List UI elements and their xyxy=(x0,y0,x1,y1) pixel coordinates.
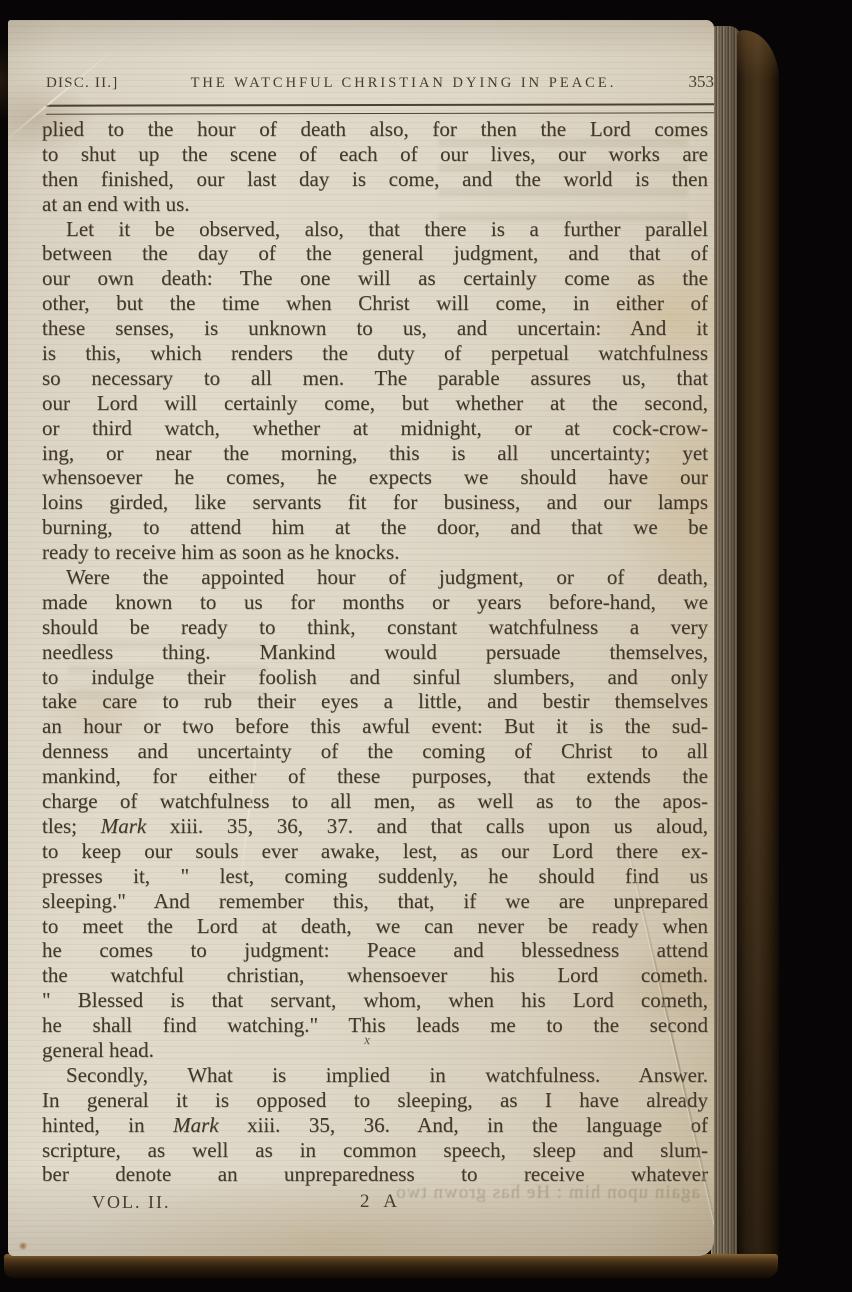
volume-label: VOL. II. xyxy=(92,1192,170,1213)
text-line: hinted, in Mark xiii. 35, 36. And, in th… xyxy=(42,1113,708,1138)
text-line: or third watch, whether at midnight, or … xyxy=(42,416,708,441)
text-line: to indulge their foolish and sinful slum… xyxy=(42,665,708,690)
text-line: Secondly, What is implied in watchfulnes… xyxy=(42,1063,708,1088)
text-line: between the day of the general judgment,… xyxy=(42,241,708,266)
text-line: these senses, is unknown to us, and unce… xyxy=(42,316,708,341)
stain xyxy=(18,1242,28,1250)
showthrough-text: again upon him : He has grown two xyxy=(304,1182,700,1204)
text-line: so necessary to all men. The parable ass… xyxy=(42,366,708,391)
text-line: other, but the time when Christ will com… xyxy=(42,291,708,316)
text-line: to shut up the scene of each of our live… xyxy=(42,142,708,167)
text-line: our Lord will certainly come, but whethe… xyxy=(42,391,708,416)
text-line: take care to rub their eyes a little, an… xyxy=(42,689,708,714)
header-double-rule xyxy=(46,103,714,114)
text-line: whensoever he comes, he expects we shoul… xyxy=(42,465,708,490)
text-line: should be ready to think, constant watch… xyxy=(42,615,708,640)
text-line: general head. xyxy=(42,1038,708,1063)
text-line: ing, or near the morning, this is all un… xyxy=(42,441,708,466)
text-line: " Blessed is that servant, whom, when hi… xyxy=(42,988,708,1013)
text-line: Were the appointed hour of judgment, or … xyxy=(42,565,708,590)
page-number: 353 xyxy=(689,72,715,92)
running-title: THE WATCHFUL CHRISTIAN DYING IN PEACE. xyxy=(118,75,688,92)
text-line: the watchful christian, whensoever his L… xyxy=(42,963,708,988)
leather-cover-edge xyxy=(737,30,779,1268)
text-line: to meet the Lord at death, we can never … xyxy=(42,914,708,939)
text-line: Let it be observed, also, that there is … xyxy=(42,217,708,242)
text-line: mankind, for either of these purposes, t… xyxy=(42,764,708,789)
text-line: he comes to judgment: Peace and blessedn… xyxy=(42,938,708,963)
discourse-label: DISC. II.] xyxy=(46,75,118,92)
scanned-book-photo: DISC. II.] THE WATCHFUL CHRISTIAN DYING … xyxy=(0,0,852,1292)
text-line: sleeping." And remember this, that, if w… xyxy=(42,889,708,914)
text-line: an hour or two before this awful event: … xyxy=(42,714,708,739)
text-line: scripture, as well as in common speech, … xyxy=(42,1138,708,1163)
text-line: made known to us for months or years bef… xyxy=(42,590,708,615)
text-line: presses it, " lest, coming suddenly, he … xyxy=(42,864,708,889)
text-line: plied to the hour of death also, for the… xyxy=(42,117,708,142)
text-line: tles; Mark xiii. 35, 36, 37. and that ca… xyxy=(42,814,708,839)
text-line: loins girded, like servants fit for busi… xyxy=(42,490,708,515)
text-line: charge of watchfulness to all men, as we… xyxy=(42,789,708,814)
text-line: In general it is opposed to sleeping, as… xyxy=(42,1088,708,1113)
paper-page: DISC. II.] THE WATCHFUL CHRISTIAN DYING … xyxy=(8,20,714,1256)
text-line: needless thing. Mankind would persuade t… xyxy=(42,640,708,665)
text-line: our own death: The one will as certainly… xyxy=(42,266,708,291)
text-line: to keep our souls ever awake, lest, as o… xyxy=(42,839,708,864)
text-line: ready to receive him as soon as he knock… xyxy=(42,540,708,565)
book-bottom-edge xyxy=(4,1254,778,1278)
text-line: burning, to attend him at the door, and … xyxy=(42,515,708,540)
text-line: at an end with us. xyxy=(42,192,708,217)
page-header: DISC. II.] THE WATCHFUL CHRISTIAN DYING … xyxy=(46,72,714,92)
page-body-text: plied to the hour of death also, for the… xyxy=(42,117,708,1187)
text-line: he shall find watching." This leads me t… xyxy=(42,1013,708,1038)
text-line: denness and uncertainty of the coming of… xyxy=(42,739,708,764)
text-line: is this, which renders the duty of perpe… xyxy=(42,341,708,366)
text-line: then finished, our last day is come, and… xyxy=(42,167,708,192)
